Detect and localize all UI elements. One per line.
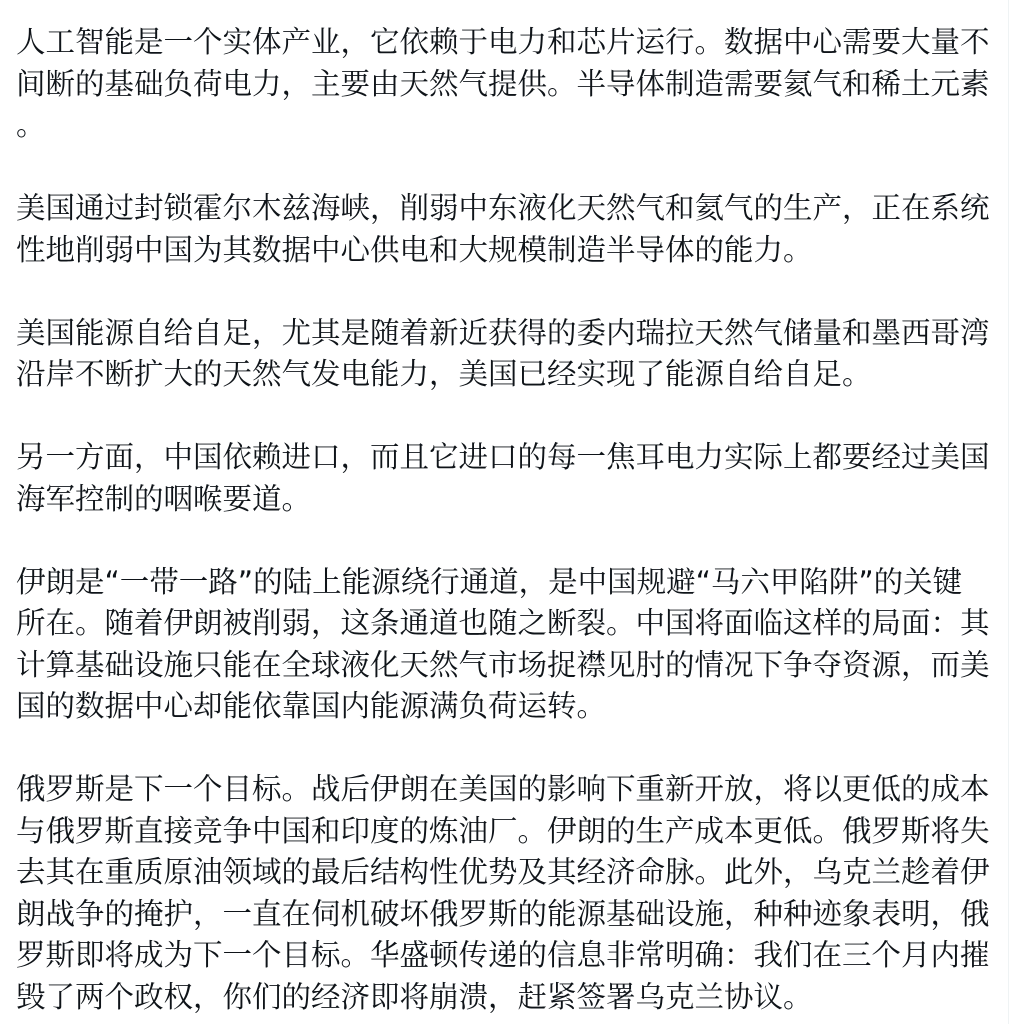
paragraph-ai-industry: 人工智能是一个实体产业，它依赖于电力和芯片运行。数据中心需要大量不间断的基础负荷… (16, 22, 991, 147)
paragraph-us-energy-independence: 美国能源自给自足，尤其是随着新近获得的委内瑞拉天然气储量和墨西哥湾沿岸不断扩大的… (16, 313, 991, 396)
post-body: 人工智能是一个实体产业，它依赖于电力和芯片运行。数据中心需要大量不间断的基础负荷… (16, 22, 991, 1018)
paragraph-russia-next-target: 俄罗斯是下一个目标。战后伊朗在美国的影响下重新开放，将以更低的成本与俄罗斯直接竞… (16, 769, 991, 1018)
column-divider (1008, 0, 1009, 1024)
paragraph-hormuz-blockade: 美国通过封锁霍尔木兹海峡，削弱中东液化天然气和氦气的生产，正在系统性地削弱中国为… (16, 188, 991, 271)
paragraph-iran-belt-and-road: 伊朗是“一带一路”的陆上能源绕行通道，是中国规避“马六甲陷阱”的关键所在。随着伊… (16, 562, 991, 728)
paragraph-china-imports: 另一方面，中国依赖进口，而且它进口的每一焦耳电力实际上都要经过美国海军控制的咽喉… (16, 437, 991, 520)
